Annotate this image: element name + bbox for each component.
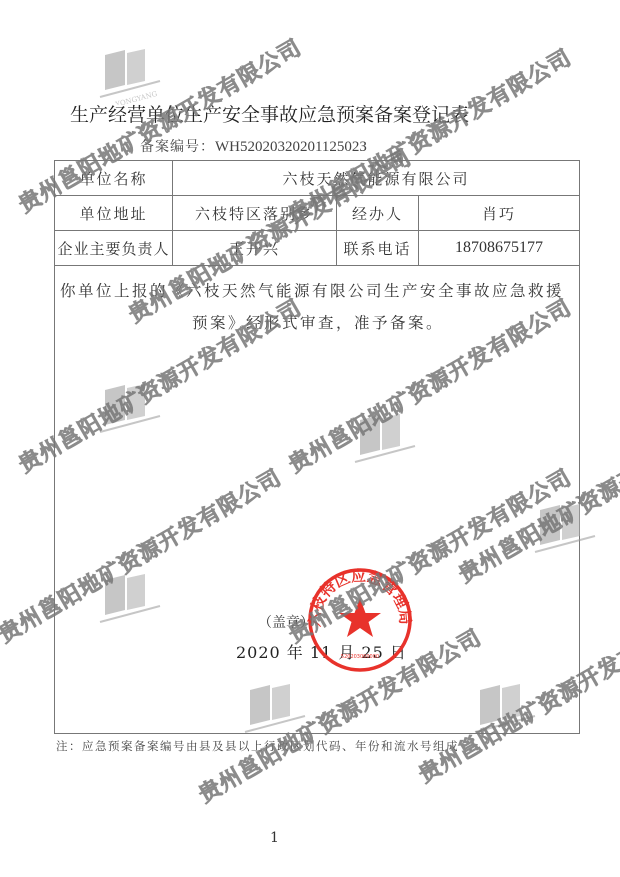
approval-line-1: 你单位上报的《六枝天然气能源有限公司生产安全事故应急救援: [60, 275, 576, 307]
approval-date: 2020 年 11 月 25 日: [236, 640, 407, 663]
approval-text: 你单位上报的《六枝天然气能源有限公司生产安全事故应急救援 预案》经形式审查，准予…: [60, 275, 576, 339]
seal-label: （盖章）: [258, 612, 314, 632]
info-table: 单位名称 六枝天然气能源有限公司 单位地址 六枝特区落别乡 经办人 肖巧 企业主…: [54, 160, 580, 266]
footnote: 注：应急预案备案编号由县及县以上行政区划代码、年份和流水号组成: [56, 738, 459, 754]
approval-line-2: 预案》经形式审查，准予备案。: [60, 307, 576, 339]
registration-label: 备案编号：: [140, 139, 215, 155]
registration-value: WH5202032020112502З: [215, 139, 367, 155]
unit-address-value: 六枝特区落别乡: [173, 196, 337, 231]
registration-number: 备案编号：WH5202032020112502З: [140, 136, 367, 156]
unit-name-label: 单位名称: [55, 161, 173, 196]
unit-address-label: 单位地址: [55, 196, 173, 231]
phone-label: 联系电话: [337, 231, 419, 266]
unit-name-value: 六枝天然气能源有限公司: [173, 161, 580, 196]
yongyang-logo-icon: YONGYANG: [95, 45, 165, 105]
phone-value: 18708675177: [419, 231, 580, 266]
handler-value: 肖巧: [419, 196, 580, 231]
page-number: 1: [270, 830, 279, 846]
principal-label: 企业主要负责人: [55, 231, 173, 266]
table-row: 单位地址 六枝特区落别乡 经办人 肖巧: [55, 196, 580, 231]
table-row: 单位名称 六枝天然气能源有限公司: [55, 161, 580, 196]
handler-label: 经办人: [337, 196, 419, 231]
document-title: 生产经营单位生产安全事故应急预案备案登记表: [70, 100, 530, 127]
principal-value: 王开兴: [173, 231, 337, 266]
table-row: 企业主要负责人 王开兴 联系电话 18708675177: [55, 231, 580, 266]
